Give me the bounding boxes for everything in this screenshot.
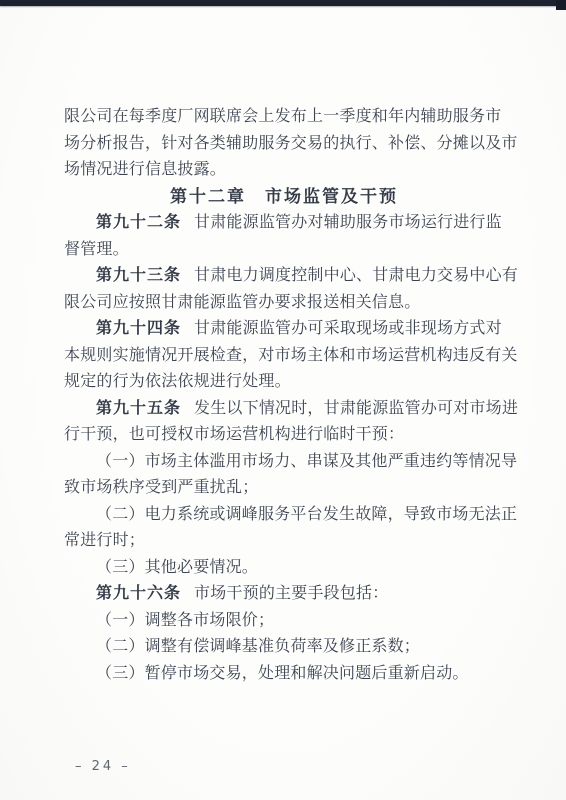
scan-edge-artifact bbox=[0, 0, 566, 6]
article-93-paragraph: 第九十三条甘肃电力调度控制中心、甘肃电力交易中心有 限公司应按照甘肃能源监管办要… bbox=[64, 263, 538, 316]
list-item: （二）调整有偿调峰基准负荷率及修正系数； bbox=[64, 634, 538, 661]
article-94-paragraph: 第九十四条甘肃能源监管办可采取现场或非现场方式对 本规则实施情况开展检查，对市场… bbox=[64, 316, 538, 396]
article-92-paragraph: 第九十二条甘肃能源监管办对辅助服务市场运行进行监 督管理。 bbox=[64, 210, 538, 263]
list-item: （三）暂停市场交易，处理和解决问题后重新启动。 bbox=[64, 661, 538, 688]
scanned-document-page: 限公司在每季度厂网联席会上发布上一季度和年内辅助服务市 场分析报告，针对各类辅助… bbox=[0, 0, 566, 800]
article-92-number: 第九十二条 bbox=[96, 214, 181, 231]
article-96-number: 第九十六条 bbox=[96, 585, 181, 602]
list-item: （一）市场主体滥用市场力、串谋及其他严重违约等情况导 致市场秩序受到严重扰乱； bbox=[64, 449, 538, 502]
list-item: （三）其他必要情况。 bbox=[64, 555, 538, 582]
article-95-number: 第九十五条 bbox=[96, 400, 181, 417]
article-96-paragraph: 第九十六条市场干预的主要手段包括： bbox=[64, 581, 538, 608]
article-95-paragraph: 第九十五条发生以下情况时，甘肃能源监管办可对市场进 行干预，也可授权市场运营机构… bbox=[64, 396, 538, 449]
scan-edge-corner-artifact bbox=[556, 0, 566, 10]
article-93-number: 第九十三条 bbox=[96, 267, 181, 284]
list-item: （一）调整各市场限价； bbox=[64, 608, 538, 635]
chapter-heading: 第十二章 市场监管及干预 bbox=[64, 184, 504, 211]
page-number: – 24 – bbox=[75, 759, 131, 774]
document-body: 限公司在每季度厂网联席会上发布上一季度和年内辅助服务市 场分析报告，针对各类辅助… bbox=[64, 104, 538, 687]
list-item: （二）电力系统或调峰服务平台发生故障，导致市场无法正 常进行时； bbox=[64, 502, 538, 555]
article-96-text: 市场干预的主要手段包括： bbox=[194, 585, 388, 602]
continuation-paragraph: 限公司在每季度厂网联席会上发布上一季度和年内辅助服务市 场分析报告，针对各类辅助… bbox=[64, 104, 538, 184]
article-94-number: 第九十四条 bbox=[96, 320, 181, 337]
